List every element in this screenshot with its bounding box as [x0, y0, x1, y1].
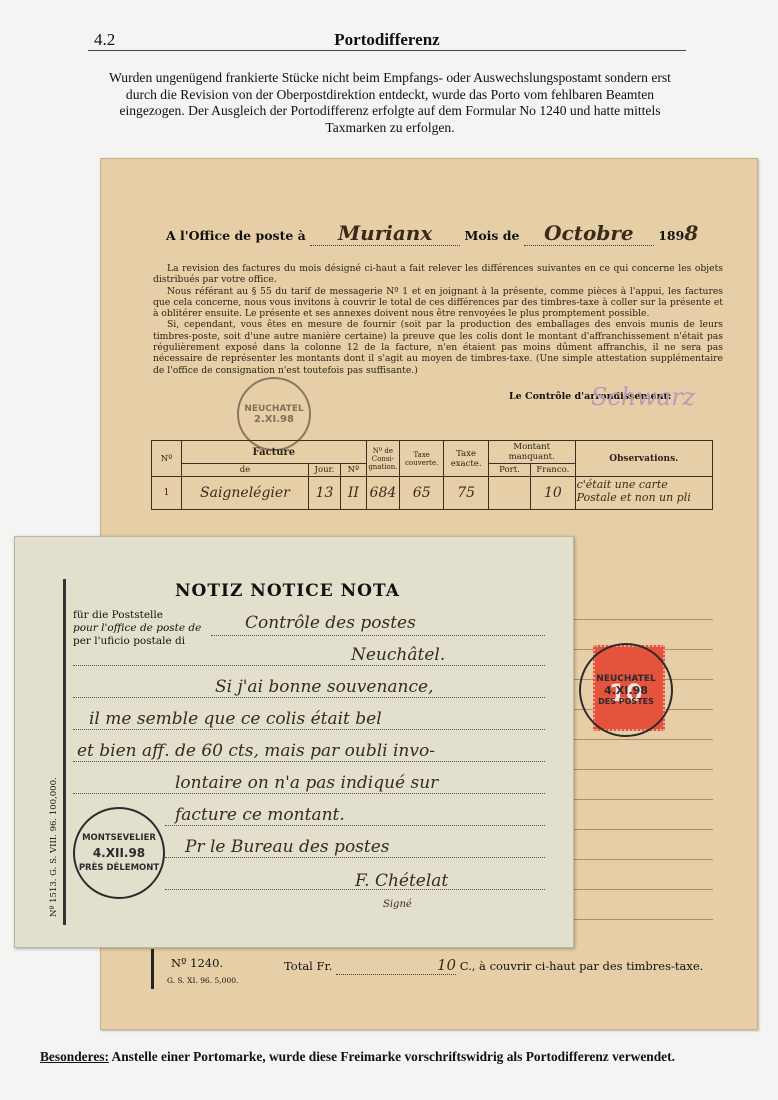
ruled-line [571, 619, 713, 620]
col-montant: Montant manquant. [488, 441, 575, 464]
postmark-date: 2.XI.98 [254, 414, 294, 425]
col-consignation: Nº de Consi-gnation. [366, 441, 399, 477]
year-value: 8 [684, 221, 698, 245]
year-prefix: 189 [658, 228, 684, 243]
dotted-line [73, 729, 545, 730]
postmark-date: 4.XI.98 [604, 684, 648, 697]
postmark-montsevelier: MONTSEVELIER 4.XII.98 PRÈS DÉLEMONT [73, 807, 165, 899]
handwritten-line-2: Neuchâtel. [351, 645, 445, 665]
cell-de: Saignelégier [181, 477, 308, 510]
form-print-code: G. S. XI. 96. 5,000. [167, 976, 238, 985]
dotted-line [73, 761, 545, 762]
label-de: für die Poststelle [73, 609, 201, 622]
form-paragraph-2: Nous référant au § 55 du tarif de messag… [153, 286, 723, 320]
notice-left-bar [63, 579, 66, 925]
col-observations: Observations. [575, 441, 712, 477]
ruled-line [571, 739, 713, 740]
office-line: A l'Office de poste à Murianx Mois de Oc… [166, 221, 698, 246]
dotted-line [73, 665, 545, 666]
form-number: Nº 1240. [171, 956, 223, 970]
notice-recipient-label: für die Poststelle pour l'office de post… [73, 609, 201, 648]
label-it: per l'uficio postale di [73, 635, 201, 648]
office-label: A l'Office de poste à [166, 228, 306, 243]
col-de: de [181, 464, 308, 477]
handwritten-line-5: et bien aff. de 60 cts, mais par oubli i… [77, 741, 435, 761]
ruled-line [571, 769, 713, 770]
col-facture: Facture [181, 441, 366, 464]
cell-consignation: 684 [366, 477, 399, 510]
form-paragraph-1: La revision des factures du mois désigné… [153, 263, 723, 286]
dotted-line [73, 697, 545, 698]
office-value: Murianx [310, 221, 460, 246]
postmark-bottom: PRÈS DÉLEMONT [79, 863, 159, 873]
col-no2: Nº [340, 464, 366, 477]
postmark-town: NEUCHATEL [244, 404, 303, 414]
col-port: Port. [488, 464, 530, 477]
cell-no: 1 [152, 477, 182, 510]
ruled-line [571, 919, 713, 920]
cell-taxe-exacte: 75 [444, 477, 488, 510]
dotted-line [73, 793, 545, 794]
col-jour: Jour. [308, 464, 340, 477]
special-note: Besonderes: Anstelle einer Portomarke, w… [40, 1049, 675, 1065]
total-line: Total Fr. 10 C., à couvrir ci-haut par d… [284, 956, 703, 975]
postmark-town: MONTSEVELIER [82, 833, 156, 843]
handwritten-line-6: lontaire on n'a pas indiqué sur [175, 773, 438, 793]
special-note-text: Anstelle einer Portomarke, wurde diese F… [109, 1049, 675, 1064]
handwritten-line-8: Pr le Bureau des postes [185, 837, 390, 857]
form-left-bar [151, 949, 154, 989]
dotted-line [165, 825, 545, 826]
cell-jour: 13 [308, 477, 340, 510]
notice-card: Nº 1513. G. S. VIII. 96. 100,000. NOTIZ … [14, 536, 574, 948]
invoice-table: Nº Facture Nº de Consi-gnation. Taxe cou… [151, 440, 713, 510]
page-header: 4.2 Portodifferenz [88, 28, 686, 51]
notice-title: NOTIZ NOTICE NOTA [175, 581, 400, 601]
cell-observations: c'était une carte Postale et non un pli [575, 477, 712, 510]
form-body-text: La revision des factures du mois désigné… [153, 263, 723, 376]
total-suffix: C., à couvrir ci-haut par des timbres-ta… [460, 959, 704, 973]
postmark-neuchatel-stamp: NEUCHATEL 4.XI.98 DES POSTES [579, 643, 673, 737]
col-no: Nº [152, 441, 182, 477]
ruled-line [571, 889, 713, 890]
postmark-town: NEUCHATEL [596, 674, 655, 684]
cell-taxe-couverte: 65 [400, 477, 444, 510]
control-signature: Schwarz [591, 383, 695, 411]
ruled-line [571, 799, 713, 800]
month-label: Mois de [465, 228, 520, 243]
label-fr: pour l'office de poste de [73, 622, 201, 635]
ruled-line [571, 829, 713, 830]
col-taxe-exacte: Taxe exacte. [444, 441, 488, 477]
total-label: Total Fr. [284, 959, 332, 973]
col-franco: Franco. [531, 464, 575, 477]
notice-signature: F. Chételat [355, 871, 448, 891]
postmark-date: 4.XII.98 [93, 846, 145, 860]
total-value: 10 [336, 956, 456, 975]
ruled-line [571, 859, 713, 860]
cell-no2: II [340, 477, 366, 510]
handwritten-line-3: Si j'ai bonne souvenance, [215, 677, 433, 697]
intro-text: Wurden ungenügend frankierte Stücke nich… [100, 70, 680, 136]
table-row: 1 Saignelégier 13 II 684 65 75 10 c'étai… [152, 477, 713, 510]
handwritten-line-7: facture ce montant. [175, 805, 345, 825]
handwritten-line-4: il me semble que ce colis était bel [89, 709, 382, 729]
col-taxe-couverte: Taxe couverte. [400, 441, 444, 477]
dotted-line [165, 857, 545, 858]
cell-franco: 10 [531, 477, 575, 510]
dotted-line [211, 635, 545, 636]
special-note-label: Besonderes: [40, 1049, 109, 1064]
form-paragraph-3: Si, cependant, vous êtes en mesure de fo… [153, 319, 723, 375]
notice-signature-sub: Signé [383, 899, 412, 910]
notice-print-code: Nº 1513. G. S. VIII. 96. 100,000. [49, 777, 59, 917]
handwritten-line-1: Contrôle des postes [245, 613, 416, 633]
postmark-bottom: DES POSTES [598, 697, 654, 706]
cell-port [488, 477, 530, 510]
section-title: Portodifferenz [88, 30, 686, 50]
month-value: Octobre [524, 221, 654, 246]
